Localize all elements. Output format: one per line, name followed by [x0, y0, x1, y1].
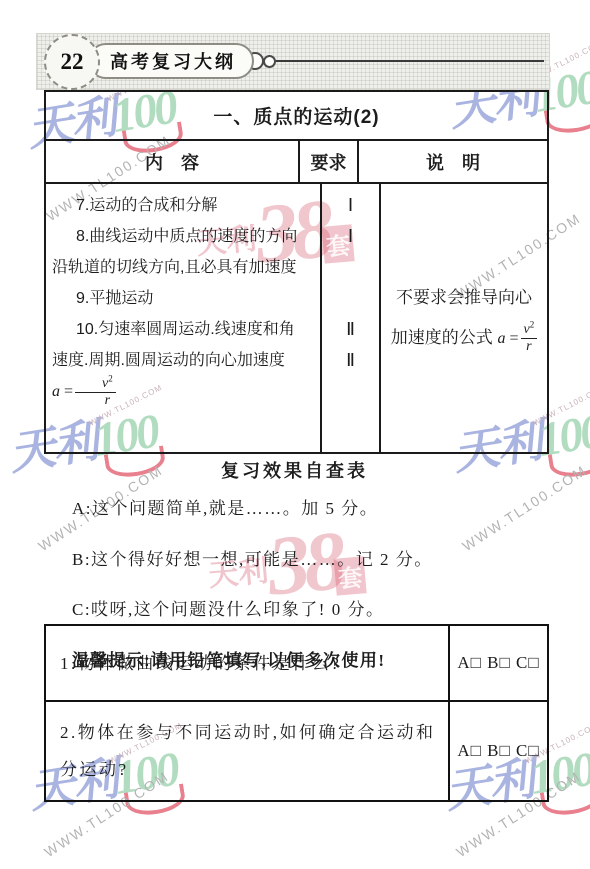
table-row: 2.物体在参与不同运动时,如何确定合运动和分运动? A□ B□ C□	[46, 702, 547, 800]
content-item: 9.平抛运动	[52, 283, 304, 314]
explanation-line: 加速度的公式 a =v2r	[391, 318, 537, 359]
abc-checkboxes: A□ B□ C□	[450, 626, 547, 700]
content-cell: 7.运动的合成和分解 8.曲线运动中质点的速度的方向沿轨道的切线方向,且必具有加…	[46, 184, 320, 452]
requirement-level: Ⅱ	[322, 314, 379, 345]
content-item: 7.运动的合成和分解	[52, 190, 304, 221]
page-number: 22	[61, 49, 84, 75]
requirement-level: Ⅰ	[322, 221, 379, 252]
page: 高考复习大纲 22 一、质点的运动(2) 内 容 要求 说 明 7.运动的合成和…	[0, 0, 590, 869]
abc-checkboxes: A□ B□ C□	[450, 702, 547, 800]
page-number-badge: 22	[44, 34, 100, 90]
column-header-requirement: 要求	[298, 141, 359, 182]
outline-table-body-row: 7.运动的合成和分解 8.曲线运动中质点的速度的方向沿轨道的切线方向,且必具有加…	[46, 184, 547, 452]
self-check-line-b: B:这个得好好想一想,可能是……。记 2 分。	[44, 543, 545, 577]
question-text: 1.物体做曲线运动的条件是什么?	[46, 626, 450, 700]
question-text: 2.物体在参与不同运动时,如何确定合运动和分运动?	[46, 702, 450, 800]
outline-table-title: 一、质点的运动(2)	[46, 92, 547, 141]
column-header-explanation: 说 明	[359, 141, 547, 182]
requirement-cell: Ⅰ Ⅰ Ⅱ Ⅱ	[320, 184, 381, 452]
explanation-cell: 不要求会推导向心 加速度的公式 a =v2r	[381, 184, 547, 452]
explanation-line: 不要求会推导向心	[396, 278, 532, 318]
table-row: 1.物体做曲线运动的条件是什么? A□ B□ C□	[46, 626, 547, 702]
centripetal-acceleration-formula: a =v2r	[52, 383, 116, 400]
self-check-line-a: A:这个问题简单,就是……。加 5 分。	[44, 492, 545, 526]
header-ring-small-icon	[263, 55, 276, 68]
column-header-content: 内 容	[46, 141, 298, 182]
self-check-title: 复习效果自查表	[44, 456, 545, 486]
requirement-level: Ⅰ	[322, 190, 379, 221]
outline-table: 一、质点的运动(2) 内 容 要求 说 明 7.运动的合成和分解 8.曲线运动中…	[44, 90, 549, 454]
header-rule-line	[272, 60, 544, 62]
self-check-line-c: C:哎呀,这个问题没什么印象了! 0 分。	[44, 593, 545, 627]
centripetal-acceleration-formula: a =v2r	[497, 330, 537, 347]
content-item: 10.匀速率圆周运动.线速度和角速度.周期.圆周运动的向心加速度 a =v2r	[52, 314, 304, 409]
outline-table-header-row: 内 容 要求 说 明	[46, 141, 547, 184]
requirement-level: Ⅱ	[322, 345, 379, 376]
header-title: 高考复习大纲	[110, 48, 236, 74]
header-title-pill: 高考复习大纲	[88, 43, 254, 79]
content-item: 8.曲线运动中质点的速度的方向沿轨道的切线方向,且必具有加速度	[52, 221, 304, 283]
question-check-table: 1.物体做曲线运动的条件是什么? A□ B□ C□ 2.物体在参与不同运动时,如…	[44, 624, 549, 802]
